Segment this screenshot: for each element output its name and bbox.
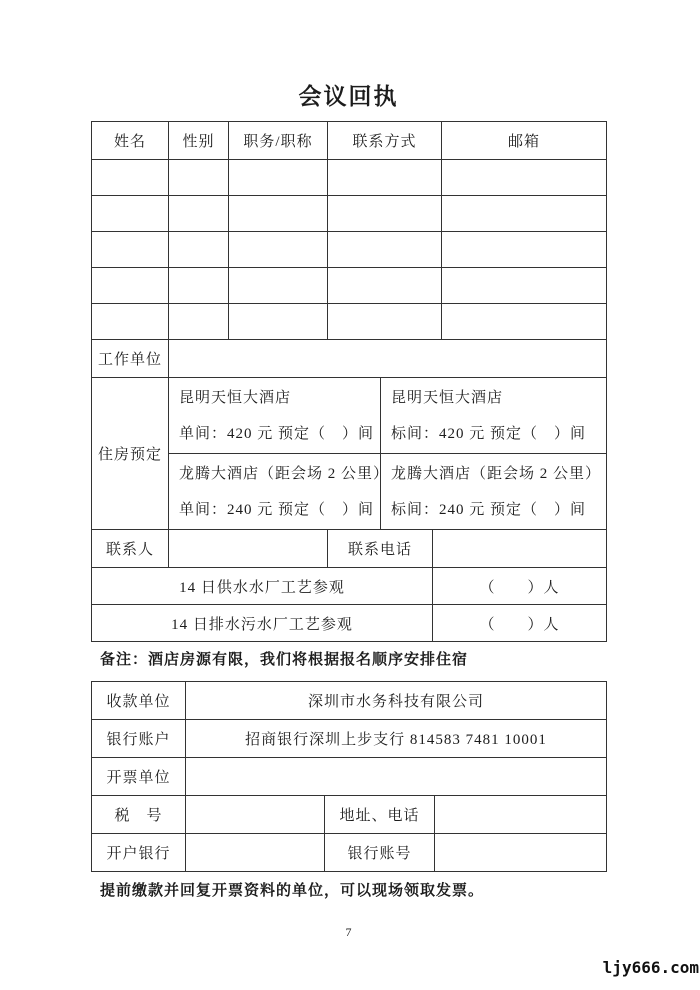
bank-account-number-value <box>435 834 607 872</box>
cell-email <box>442 232 607 268</box>
header-email: 邮箱 <box>442 122 607 160</box>
contact-phone-value <box>433 530 607 568</box>
work-unit-value <box>169 340 607 378</box>
cell-email <box>442 304 607 340</box>
attendee-row <box>92 304 607 340</box>
header-position: 职务/职称 <box>229 122 328 160</box>
address-phone-label: 地址、电话 <box>325 796 435 834</box>
header-row: 姓名 性别 职务/职称 联系方式 邮箱 <box>92 122 607 160</box>
cell-contact <box>328 196 442 232</box>
cell-name <box>92 232 169 268</box>
cell-position <box>229 196 328 232</box>
cell-contact <box>328 304 442 340</box>
contact-phone-label: 联系电话 <box>328 530 433 568</box>
bank-account-row: 银行账户 招商银行深圳上步支行 814583 7481 10001 <box>92 720 607 758</box>
contact-person-value <box>169 530 328 568</box>
attendee-row <box>92 232 607 268</box>
hotel-price: 单间：240 元 预定（ ）间 <box>179 492 380 528</box>
bank-account-value: 招商银行深圳上步支行 814583 7481 10001 <box>186 720 607 758</box>
hotel-name: 龙腾大酒店（距会场 2 公里） <box>179 456 380 492</box>
cell-position <box>229 232 328 268</box>
tax-number-label: 税 号 <box>92 796 186 834</box>
hotel-name: 昆明天恒大酒店 <box>391 380 606 416</box>
contact-person-label: 联系人 <box>92 530 169 568</box>
header-name: 姓名 <box>92 122 169 160</box>
address-phone-value <box>435 796 607 834</box>
hotel-name: 昆明天恒大酒店 <box>179 380 380 416</box>
cell-email <box>442 196 607 232</box>
cell-gender <box>169 160 229 196</box>
contact-row: 联系人 联系电话 <box>92 530 607 568</box>
cell-name <box>92 268 169 304</box>
header-contact: 联系方式 <box>328 122 442 160</box>
cell-name <box>92 160 169 196</box>
page-title: 会议回执 <box>91 0 606 110</box>
visit-count-blank: （ ）人 <box>433 605 607 642</box>
room-booking-label: 住房预定 <box>92 378 169 530</box>
visit-row-drainage: 14 日排水污水厂工艺参观 （ ）人 <box>92 605 607 642</box>
hotel-option-single-240: 龙腾大酒店（距会场 2 公里） 单间：240 元 预定（ ）间 <box>169 454 381 530</box>
cell-email <box>442 268 607 304</box>
room-booking-row-2: 龙腾大酒店（距会场 2 公里） 单间：240 元 预定（ ）间 龙腾大酒店（距会… <box>92 454 607 530</box>
tax-number-row: 税 号 地址、电话 <box>92 796 607 834</box>
cell-position <box>229 160 328 196</box>
cell-name <box>92 196 169 232</box>
opening-bank-row: 开户银行 银行账号 <box>92 834 607 872</box>
cell-gender <box>169 232 229 268</box>
cell-email <box>442 160 607 196</box>
page-number: 7 <box>91 925 606 939</box>
remark-note: 备注：酒店房源有限，我们将根据报名顺序安排住宿 <box>91 650 606 670</box>
work-unit-row: 工作单位 <box>92 340 607 378</box>
invoice-unit-label: 开票单位 <box>92 758 186 796</box>
hotel-price: 单间：420 元 预定（ ）间 <box>179 416 380 452</box>
payment-info-table: 收款单位 深圳市水务科技有限公司 银行账户 招商银行深圳上步支行 814583 … <box>91 681 607 872</box>
invoice-footer-note: 提前缴款并回复开票资料的单位，可以现场领取发票。 <box>91 881 606 901</box>
hotel-option-standard-420: 昆明天恒大酒店 标间：420 元 预定（ ）间 <box>381 378 607 454</box>
cell-contact <box>328 232 442 268</box>
cell-position <box>229 268 328 304</box>
cell-gender <box>169 304 229 340</box>
invoice-unit-value <box>186 758 607 796</box>
cell-position <box>229 304 328 340</box>
hotel-price: 标间：420 元 预定（ ）间 <box>391 416 606 452</box>
cell-contact <box>328 160 442 196</box>
hotel-option-standard-240: 龙腾大酒店（距会场 2 公里） 标间：240 元 预定（ ）间 <box>381 454 607 530</box>
watermark: ljy666.com <box>603 958 699 977</box>
payee-label: 收款单位 <box>92 682 186 720</box>
room-booking-row-1: 住房预定 昆明天恒大酒店 单间：420 元 预定（ ）间 昆明天恒大酒店 标间：… <box>92 378 607 454</box>
work-unit-label: 工作单位 <box>92 340 169 378</box>
reply-form-table: 姓名 性别 职务/职称 联系方式 邮箱 <box>91 121 607 642</box>
hotel-name: 龙腾大酒店（距会场 2 公里） <box>391 456 606 492</box>
header-gender: 性别 <box>169 122 229 160</box>
cell-name <box>92 304 169 340</box>
opening-bank-value <box>186 834 325 872</box>
cell-gender <box>169 268 229 304</box>
cell-contact <box>328 268 442 304</box>
payee-row: 收款单位 深圳市水务科技有限公司 <box>92 682 607 720</box>
visit-row-water-supply: 14 日供水水厂工艺参观 （ ）人 <box>92 568 607 605</box>
visit-label: 14 日排水污水厂工艺参观 <box>92 605 433 642</box>
tax-number-value <box>186 796 325 834</box>
payee-value: 深圳市水务科技有限公司 <box>186 682 607 720</box>
attendee-row <box>92 268 607 304</box>
bank-account-number-label: 银行账号 <box>325 834 435 872</box>
opening-bank-label: 开户银行 <box>92 834 186 872</box>
visit-label: 14 日供水水厂工艺参观 <box>92 568 433 605</box>
attendee-row <box>92 160 607 196</box>
hotel-option-single-420: 昆明天恒大酒店 单间：420 元 预定（ ）间 <box>169 378 381 454</box>
bank-account-label: 银行账户 <box>92 720 186 758</box>
visit-count-blank: （ ）人 <box>433 568 607 605</box>
attendee-row <box>92 196 607 232</box>
document-page: 会议回执 姓名 性别 职务/职称 联系方式 邮箱 <box>91 0 606 939</box>
hotel-price: 标间：240 元 预定（ ）间 <box>391 492 606 528</box>
cell-gender <box>169 196 229 232</box>
invoice-unit-row: 开票单位 <box>92 758 607 796</box>
